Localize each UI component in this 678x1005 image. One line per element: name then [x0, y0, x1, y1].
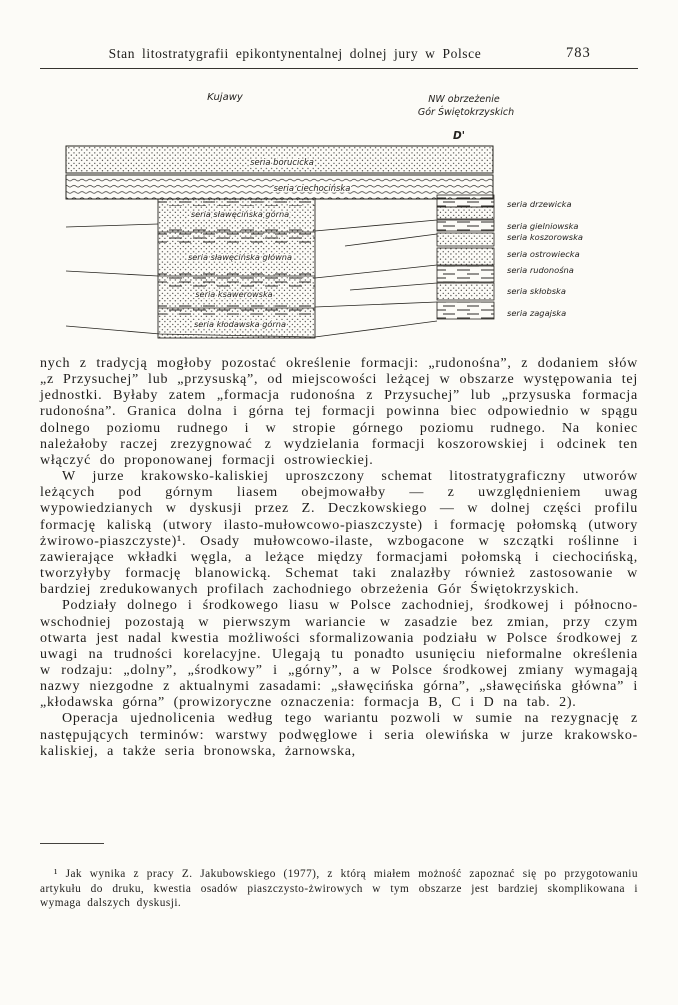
unit-label-ksawerowska: seria ksawerowska: [195, 289, 272, 299]
footnote-text: ¹ Jak wynika z pracy Z. Jakubowskiego (1…: [40, 867, 638, 911]
page-number: 783: [566, 45, 606, 62]
header-rule: [40, 68, 638, 69]
paragraph-1: nych z tradycją mogłoby pozostać określe…: [40, 356, 638, 469]
nw-block-zagajska: [437, 302, 494, 319]
nw-unit-label-koszorowska: seria koszorowska: [507, 232, 583, 242]
nw-block-sklobska: [437, 283, 494, 300]
kujawy-column: [158, 199, 315, 338]
nw-block-drzewicka-dots: [437, 207, 494, 219]
nw-unit-label-zagajska: seria zagajska: [507, 308, 566, 318]
nw-unit-label-ostrowiecka: seria ostrowiecka: [507, 249, 580, 259]
nw-unit-label-rudonosna: seria rudonośna: [507, 265, 574, 275]
unit-label-slawecinska-glowna: seria sławęcińska główna: [188, 252, 292, 262]
nw-block-gielniowska: [437, 220, 494, 231]
nw-block-koszorowska: [437, 233, 494, 246]
nw-unit-label-sklobska: seria skłobska: [507, 286, 566, 296]
footnote-rule: [40, 843, 104, 844]
paragraph-2: W jurze krakowsko-kaliskiej uproszczony …: [40, 469, 638, 598]
unit-label-ciechocinska: seria ciechocińska: [274, 183, 351, 193]
stratigraphic-cross-section-figure: Kujawy NW obrzeżenie Gór Świętokrzyskich…: [0, 84, 678, 352]
unit-label-slawecinska-gorna: seria sławęcińska górna: [191, 209, 289, 219]
nw-unit-label-drzewicka: seria drzewicka: [507, 199, 572, 209]
unit-label-borucicka: seria borucicka: [250, 157, 314, 167]
region-label-kujawy: Kujawy: [207, 92, 244, 103]
article-body: nych z tradycją mogłoby pozostać określe…: [40, 356, 638, 760]
nw-block-rudonosna: [437, 266, 494, 282]
paragraph-4: Operacja ujednolicenia według tego waria…: [40, 711, 638, 759]
unit-label-klodawska-gorna: seria kłodawska górna: [194, 319, 286, 329]
paragraph-3: Podziały dolnego i środkowego liasu w Po…: [40, 598, 638, 711]
region-label-nw-line2: Gór Świętokrzyskich: [418, 106, 514, 118]
section-mark-d-prime: D': [453, 130, 465, 142]
region-label-nw-line1: NW obrzeżenie: [428, 94, 500, 105]
nw-column: [437, 195, 494, 319]
nw-block-drzewicka-dash: [437, 195, 494, 207]
running-head-title: Stan litostratygrafii epikontynentalnej …: [40, 46, 550, 62]
nw-block-ostrowiecka: [437, 248, 494, 265]
nw-unit-label-gielniowska: seria gielniowska: [507, 221, 578, 231]
scanned-paper-page: Stan litostratygrafii epikontynentalnej …: [0, 0, 678, 1005]
